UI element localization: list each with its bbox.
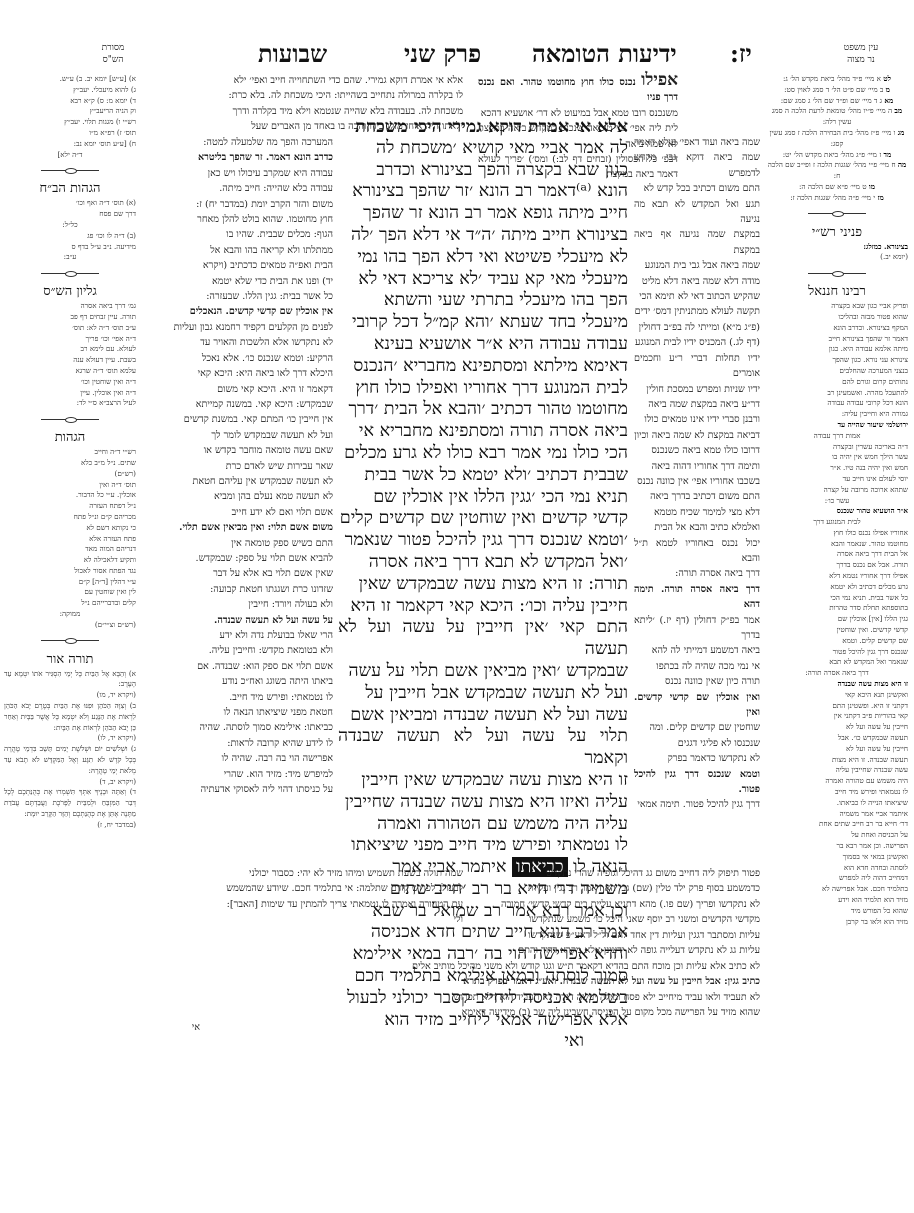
gemara-line: מיעכלי בחד שעתא ׳והא קמ״ל דכל קרובי	[338, 312, 628, 334]
ornament-divider	[4, 269, 136, 277]
tosafot-line: אמר בפ״ק דחולין (דף יז.) ׳ליתא בדרך	[634, 613, 760, 644]
entry-text: ה מיי׳ פ״יו מהל׳ טומאת לרעת הלכה ה סמג ע…	[772, 106, 892, 126]
gilyon-line: לעולא. עם לימא רב	[4, 344, 136, 355]
hagahot-line: כי נקותא דשם לא	[4, 523, 136, 534]
ornament-divider	[4, 637, 136, 645]
gilyon-line: בשבת. עיין דעולא ענה	[4, 355, 136, 366]
rashi-line: אשם תלוי אם ספק הוא: שבנדה. אם	[141, 659, 333, 674]
masoret-line: ד) יומא מ: ס) ק״א רבא	[4, 96, 136, 107]
rc-line: דר׳ חייא בר רב חייב שתים אחת	[766, 819, 908, 830]
gemara-line: דאימא מילתא ומסתפינא מחבריא ׳הנכנס	[338, 356, 628, 378]
hagahot-line: ותקיע דלאכילה לא	[4, 555, 136, 566]
rc-line: יוסי לעולם אינו חייב עד	[766, 474, 908, 485]
tosafot-bottom-full: עליות ומסתבר דגגין ועליות דין אחד להם ול…	[141, 928, 760, 1036]
rc-line: תעשה שבנדה. זו היא מצות	[766, 755, 908, 766]
gemara-line: ׳ואל המקדש לא תבא דרך ביאה אסרה	[338, 552, 628, 574]
rc-line: אחוריו אפילו נכנס כולו חוץ	[766, 528, 908, 539]
entry-mark: מב	[894, 106, 902, 115]
rashi-line: לו בקלרה במרולה נתחייב בשהייתו: היכי משכ…	[141, 88, 463, 103]
penei-rashi-text: בצינורא. כמזלג:	[863, 242, 908, 251]
rashi-line: משום והזר הקרב יומת (במדבר יח) ז:	[141, 197, 333, 212]
entry-text: ב מיי׳ שם פ״ט הל׳ ד סמג לאוין סט:	[784, 85, 883, 94]
gemara-line: הונא ⁽ᵃ⁾דאמר רב הונא ׳זר שהפך בצינורא	[338, 181, 628, 203]
rc-line: אל הבית דרך ביאה אסרה	[766, 549, 908, 560]
tosafot-line: לא תעביד ולאו עביד מיחייב ילא פסח ומילה …	[141, 990, 760, 1005]
rc-line: דמחייב דהוה ליה למפרש	[766, 873, 908, 884]
masoret-line: ח) [ע״ע תוס׳ יומא נב:	[4, 139, 136, 150]
tosafot-line: לא נתקדשו ופריך (שם פו.) מהא דתניא עליית…	[472, 897, 760, 912]
ein-mishpat-entry: מב ה מיי׳ פ״יו מהל׳ טומאת לרעת הלכה ה סמ…	[766, 106, 908, 128]
gemara-line: חייבין עליה וכו׳: היכא קאי דקאמר זו היא	[338, 596, 628, 618]
rc-line: שיציאתו הנייה לו כביאתו.	[766, 798, 908, 809]
rashi-bottom-left: שמה תולה בשעת תשמיש ומיהו מזיד לא יהי: כ…	[141, 866, 463, 928]
left-margin-column: א) [ע״ש] יומא יב. ב) ע״ש. ג) להוא מיעכלי…	[4, 74, 136, 831]
rashi-line: לבעול. לפרוש קודם שתלמה: אי בתלמיד חכם. …	[141, 881, 463, 896]
penei-rashi-title: פניני רש״י	[766, 224, 908, 242]
entry-mark: מה	[898, 160, 906, 169]
rashi-line: אין אוכלין שם קדשי קדשים. הנאכלים	[190, 306, 333, 317]
tosafot-line: התם משום דכתיב בכל קדש לא	[634, 181, 760, 196]
rashi-line: שמה תולה בשעת תשמיש ומיהו מזיד לא יהי: כ…	[141, 866, 463, 881]
rc-line: בתוספתא תחלת סדר טהרות	[766, 603, 908, 614]
rc-line: חמש ואין יהיה בנה טיו. א״ר	[766, 463, 908, 474]
tosafot-line: אי נמי מכה שהיה לה בכתפו	[634, 659, 760, 674]
rc-line: ופריק אביי כגון שבא בקצרה	[766, 301, 908, 312]
tosafot-line: וטמא שנכנס דרך גגין להיכל פטור.	[634, 769, 760, 795]
tosafot-line: (פ״ג מ״א) ומייתי לה בפ״ב דחולין	[634, 320, 760, 335]
tosafot-line: דביאה במקצת לא שמה ביאה וכיון	[634, 428, 760, 443]
rc-line: להתעכל מהרה. ואשמעינן רב	[766, 388, 908, 399]
rabbeinu-chananel-title: רבינו חננאל	[766, 283, 908, 301]
tosafot-line: בשכבו אחוריו אפי׳ אין כוונה נכנס	[634, 474, 760, 489]
entry-mark: מא	[884, 96, 893, 105]
gemara-line: מחוטמו טהור דכתיב ׳והבא אל הבית ׳דרך	[338, 399, 628, 421]
hagahot-line: לין ואין שוחטין עם	[4, 587, 136, 598]
entry-text: ט מיי׳ פ״א שם הלכה ה:	[799, 182, 867, 191]
rashi-line: שאין אשם תלוי בא אלא על דבר	[141, 566, 333, 581]
tosafot-line: שמה ביאה ועוד דאפי׳ עולא דאמר	[634, 135, 760, 150]
rc-line: לבית המנוגע דרך	[766, 517, 908, 528]
rc-line: זו היא מצות עשה שבנדה	[837, 679, 908, 688]
ein-mishpat-entry: מ ב מיי׳ שם פ״ט הל׳ ד סמג לאוין סט:	[766, 85, 908, 96]
rc-line: כל אשר בבית. תניא נמי הכי	[766, 593, 908, 604]
rashi-line: כל אשר בבית: גגין הללו. שבעזרה:	[141, 289, 333, 304]
torah-or-ref: (ויקרא יב, ד)	[4, 777, 136, 788]
entry-mark: מ	[886, 85, 890, 94]
rashi-line: המערכה והפך מה שלמעלה למטה:	[141, 135, 333, 150]
gemara-line: תלוי על עשה ועל לא תעשה שבנדה וקאמר	[338, 726, 628, 770]
tosafot-line: דר״ע ביאה במקצת שמה ביאה	[634, 397, 760, 412]
tosafot-column: שמה ביאה ועוד דאפי׳ עולא דאמר שמה ביאה ד…	[634, 135, 760, 835]
rashi-line: כדרב הונא דאמר. זר שהפך בליטרא	[198, 152, 333, 163]
tosafot-line: ואין אוכלין שם קדשי קדשים. ואין	[634, 692, 760, 718]
rc-line: המקף בצינורא. וכדרב הונא	[766, 323, 908, 334]
rashi-line: אשם תלוי ואם לא ידע חייב	[141, 505, 333, 520]
rc-line: בנצני המערכה שהחלבים	[766, 366, 908, 377]
rashi-line: ולא בעולה ויורד: חייבין	[141, 597, 333, 612]
tosafot-line: עליות ומסתבר דגגין ועליות דין אחד להם ול…	[141, 928, 760, 943]
tractate-name: שבועות	[258, 40, 327, 68]
rashi-line: יד) ופנו את הבית כדי שלא יטמא	[141, 274, 333, 289]
ein-mishpat-entry: מז י מיי׳ פ״ה מהל׳ שגגות הלכה ז:	[766, 193, 908, 204]
hagahot-title: הגהות	[4, 429, 136, 447]
rashi-line: למיפרש מיד: מזיד הוא. שהרי	[141, 767, 333, 782]
torah-or-ref: (ויקרא יד, מו)	[4, 690, 136, 701]
ein-mishpat-entry: מו ט מיי׳ פ״א שם הלכה ה:	[766, 182, 908, 193]
tosafot-lead-word: אפילו	[641, 70, 678, 90]
tosafot-line: תורה כיון שאין כוונה נכנס	[634, 674, 760, 689]
tosafot-line: ותימה דרך אחוריו דהוה ביאה	[634, 459, 760, 474]
tosafot-line: ואלמלא כתיב והבא אל הבית	[634, 520, 760, 535]
gilyon-line: ד״ה ואין אוכלין. עיין	[4, 388, 136, 399]
rc-line: שנכנס דרך גגין להיכל פטור	[766, 647, 908, 658]
rc-line: מזיד הוא תלמיד הוא וידע	[766, 895, 908, 906]
tosafot-line: כדמשמע בסוף פרק ילד טלין (שם) גבי הא דאמ…	[472, 881, 760, 896]
tosafot-line: כתיב גגין: אבל חייבין על עשה ועל לא תעשה…	[141, 974, 760, 989]
rashi-line: שבמקדש: היכא קאי. במשנה קמייתא	[141, 397, 333, 412]
rc-line: איתמר אביי אמר משמיה	[766, 809, 908, 820]
rc-line: שם קדשים קלים. וטמא	[766, 636, 908, 647]
rashi-line: התם כשיש ספק טומאה אין	[141, 536, 333, 551]
rashi-line: לו נטמאתי: ופירש מיד חייב.	[141, 690, 333, 705]
gemara-line: ׳וטמא שנכנס דרך גגין להיכל פטור שנאמר	[338, 530, 628, 552]
bach-line: (א) תוס׳ ד״ה ואף וכו׳	[4, 198, 136, 209]
rashi-line: עבודה בלא שהייה: חייב מיתה.	[141, 181, 333, 196]
gemara-line: תניא נמי הכי ׳גגין הללו אין אוכלין שם	[338, 487, 628, 509]
gemara-line: ועל לא תעשה שבמקדש אבל חייבין על	[338, 683, 628, 705]
hagahot-line: תוס׳ ד״ה ואין	[4, 480, 136, 491]
chapter-number: פרק שני	[404, 40, 481, 68]
torah-or-text: א) וְהַבָּא אֶל הַבַּיִת כָּל יְמֵי הִסְ…	[4, 669, 136, 831]
daf-number: יז:	[730, 40, 752, 68]
catchword: אי	[141, 1020, 760, 1035]
rc-line: הונא דכל קרובי עבודה עבודה	[766, 398, 908, 409]
bach-line: (ב) ד״ה לו וכו׳ פג	[4, 231, 136, 242]
rashi-line: שזדונו כרת ושגגתו חטאת קבועה:	[141, 582, 333, 597]
ein-mishpat-entry: מא ג ד מיי׳ שם ופ״ד שם הל׳ ג סמג שם:	[766, 96, 908, 107]
gemara-line: לבית המנוגע דרך אחוריו ואפילו כולו חוץ	[338, 378, 628, 400]
tosafot-line: דלא מצי למימר שכיח מטמא	[634, 505, 760, 520]
masoret-line: ג) להוא מיעכלי. יעב״ץ	[4, 85, 136, 96]
entry-text: ז מיי׳ פ״ג מהל׳ ביאת מקדש הל׳ יט:	[783, 150, 881, 159]
ornament-divider	[4, 415, 136, 423]
tosafot-line: עליות גג לא נתקדש דעלייה גופה לא ידעינן …	[141, 943, 760, 958]
rashi-line: ולי	[141, 912, 463, 927]
tosafot-line: דרך ביאה אסרה תורה:	[634, 566, 760, 581]
hagahot-line: פתח העזרה אלא	[4, 534, 136, 545]
rashi-line: לו לידע שהיא קרובה לראות:	[141, 736, 333, 751]
entry-mark: מו	[869, 182, 875, 191]
tosafot-line: דרך גגין להיכל פטור. תימה אמאי	[634, 797, 760, 812]
rc-line: עשר כו׳:	[766, 496, 908, 507]
rashi-line: אין חייבין כו׳ המתם קאי. במשנת קדשים	[141, 412, 333, 427]
gemara-line: ביאה אסרה תורה ומסתפינא מחבריא אי	[338, 421, 628, 443]
gemara-line: לא מיעכלי פשיטא ואי דלא הפך בהו נמי	[338, 247, 628, 269]
gilyon-line: לעיל הרצב״א ס״י לד:	[4, 398, 136, 409]
hashas-title: הש"ס	[88, 54, 138, 66]
entry-text: א מיי׳ פ״ד מהל׳ ביאת מקדש הל׳ ג:	[783, 74, 881, 83]
rashi-line: הגוף: מכלים שבבית. שהיו בו	[141, 227, 333, 242]
rashi-line: דקאמר זו היא. היכא קאי משום	[141, 382, 333, 397]
tosafot-line: (דף לג.) המכניס ידיו לבית המנוגע	[634, 335, 760, 350]
masoret-line: ד״ה ילא]	[4, 150, 136, 161]
rc-line: דאמר זר שהפך בצינורא חייב	[766, 334, 908, 345]
gemara-line: חייב מיתה גופא אמר רב הונא זר שהפך	[338, 203, 628, 225]
gemara-line: אלא אי אמרת דוקא גמירי היכי משכחת	[338, 116, 628, 138]
rashi-line: אלא אי אמרת דוקא גמירי. שהם כדי השתחוייה…	[141, 73, 463, 88]
bach-line: ע״ב:	[4, 252, 136, 263]
tosafot-line: יכול נכנס באחוריו לטמא ת״ל והבא	[634, 536, 760, 567]
masoret-line: וק הניה הריעב״ץ	[4, 106, 136, 117]
tosafot-line: דרובו כולו טמא ביאה כשנכנס	[634, 443, 760, 458]
tosafot-line: במקצת שמה נגיעה אף ביאה במקצת	[634, 227, 760, 258]
rashi-line: כביאתו: אילימא סמוך לוסתה. שהיה	[141, 720, 333, 735]
rashi-line: ועל לא תעשה שבמקדש לומר לך	[141, 428, 333, 443]
gemara-line: הפך בהו מיעכלי בתרתי שעי והשתא	[338, 290, 628, 312]
gemara-line: התם קאי ׳אין חייבין על עשה ועל לא תעשה	[338, 617, 628, 661]
rashi-line: להביא אשם תלוי על ספק: שבמקדש.	[141, 551, 333, 566]
hagahot-line: ע״י דהלין [ד״ה] ק״ם	[4, 577, 136, 588]
tosafot-line: שהקיש הכתוב דאי לא תימא הכי	[634, 289, 760, 304]
hagahot-line: נ״ל דפתח העזרה	[4, 501, 136, 512]
torah-or-verse: ג) וּשְׁלֹשִׁים יוֹם וּשְׁלֹשֶׁת יָמִים …	[4, 744, 136, 776]
rashi-column: המערכה והפך מה שלמעלה למטה: כדרב הונא דא…	[141, 135, 333, 835]
rc-line: דרך ביאה אסרה תורה:	[766, 668, 908, 679]
ein-mishpat-entry: מג ו מיי׳ פ״ז מהל׳ בית הבחירה הלכה ז סמג…	[766, 128, 908, 150]
gemara-line: בצינורא חייב מיתה ׳ה״ד אי דלא הפך ׳לה	[338, 225, 628, 247]
tosafot-line: לא כתיב אלא עליות וכן מוכח התם בהדיא דקא…	[141, 959, 760, 974]
rc-line: שתהא ארוכה מרובה על קצרה	[766, 485, 908, 496]
gemara-line: עליה היה משמש עם הטהורה ואמרה	[338, 814, 628, 836]
torah-or-verse: ד) וְאַתָּה וּבָנֶיךָ אִתְּךָ תִּשְׁמְרו…	[4, 787, 136, 819]
rashi-line: הרי שאלו בבועלת נדה ולא ידע	[141, 628, 333, 643]
rc-line: חייבין על עשה ועל לא	[766, 744, 908, 755]
torah-or-title: תורה אור	[4, 651, 136, 669]
hagahot-text: רש״י ד״ה וחייב שתים. נ״ל מ״ב כלא (רש״ם) …	[4, 447, 136, 631]
tosafot-line: מקדשי הקדשים ומשני רב יוסף שאני היכל כו׳…	[472, 912, 760, 927]
gilyon-hashas-text: גמ׳ דרך ביאה אסרה תורה. עיין זבחים דף פב…	[4, 301, 136, 409]
rc-line: עשה שבנדה שחייבין עליה	[766, 765, 908, 776]
torah-or-verse: א) וְהַבָּא אֶל הַבַּיִת כָּל יְמֵי הִסְ…	[4, 669, 136, 691]
rc-line: קדשי קדשים. ואין שוחטין	[766, 625, 908, 636]
rashi-line: חוץ מחוטמו. שהוא בולט להלן מאחר	[141, 212, 333, 227]
rashi-line: שאר עבירות שיש לאדם כרת	[141, 459, 333, 474]
gemara-line: הכי כולו נמי אמר רבא כולו לא גרע מכלים	[338, 443, 628, 465]
entry-mark: לט	[883, 74, 891, 83]
tosafot-line: ורבנן סברי ידיו אינו טמאים כולו	[634, 412, 760, 427]
tosafot-line: שהוא מזיד על הפרישה מכל מקום על הכניסה ח…	[141, 1005, 760, 1020]
masoret-hashas-header: מסורת הש"ס	[88, 42, 138, 66]
bach-line: מידיעה. נ״ב ע״ל בדף ס	[4, 242, 136, 253]
rc-line: ד״ה באריכה עשרין ובקצרה	[766, 442, 908, 453]
rc-line: ואקשינן במאי אי בסמוך	[766, 852, 908, 863]
masoret-hashas-text: א) [ע״ש] יומא יב. ב) ע״ש. ג) להוא מיעכלי…	[4, 74, 136, 160]
ner-mitzvah-title: נר מצוה	[816, 54, 906, 66]
rashi-line: עבודה היא שמקרב עיכולו ויש כאן	[141, 166, 333, 181]
ein-mishpat-column: לט א מיי׳ פ״ד מהל׳ ביאת מקדש הל׳ ג: מ ב …	[766, 74, 908, 1041]
hagahot-line: שתים. נ״ל מ״ב כלא	[4, 458, 136, 469]
rashi-line: הרקיע: וטמא שנכנס כו׳. אלא נאכל	[141, 351, 333, 366]
gilyon-line: ע״ב תוס׳ ד״ה לא: תוס׳	[4, 323, 136, 334]
rc-line: שהוא כל הפורש מיד	[766, 906, 908, 917]
gilyon-line: תורה. עיין זבחים דף פב	[4, 312, 136, 323]
rashi-line: לא נתקדשו אלא הלשכות והאויר עד	[141, 335, 333, 350]
rashi-line: ממתלתו ולא קריאה בהו והבא אל	[141, 243, 333, 258]
rc-line: מחוטמו טהור. שנאמר והבא	[766, 539, 908, 550]
gilyon-line: ד״ה ואין שוחטין וכו׳	[4, 377, 136, 388]
rc-line: עשר הילך חמש אין יהיה בו	[766, 452, 908, 463]
rc-line: גגין הללו [אין] אוכלין שם	[766, 614, 908, 625]
hagahot-line: (רש״ם)	[4, 469, 136, 480]
bach-line: דרך שם פסח	[4, 209, 136, 220]
rc-line: נתותים קרום וגורם להם	[766, 377, 908, 388]
entry-mark: מד	[884, 150, 892, 159]
tosafot-line: שמה ביאה דוקא גבי מקדש לדמפרש	[634, 150, 760, 181]
masoret-line: תוס׳ ז) רפ״א מ״ו	[4, 128, 136, 139]
rc-line: א״ר הושעיא טהור שנכנס	[837, 506, 908, 515]
gemara-line: שבמקדש ׳ואין מביאין אשם תלוי על עשה	[338, 661, 628, 683]
entry-mark: מג	[898, 128, 905, 137]
hagahot-line: נגד הפתח אסור לאכול	[4, 566, 136, 577]
entry-text: ג ד מיי׳ שם ופ״ד שם הל׳ ג סמג שם:	[781, 96, 882, 105]
rashi-line: ביאתו היתה בשוגג ואח״כ נודע	[141, 674, 333, 689]
ein-mishpat-header: עין משפט נר מצוה	[816, 42, 906, 66]
rc-line: מיתה אלמא עבודה היא. כגון	[766, 344, 908, 355]
hagahot-line: ממוקה:	[4, 609, 136, 620]
tosafot-line: מודה דלא שמה ביאה דלא מליט	[634, 274, 760, 289]
torah-or-ref: (ויקרא יד, לו)	[4, 733, 136, 744]
rc-line: תעשה שבמקדש כו׳. אבל	[766, 733, 908, 744]
rashi-line: חטאת מפני שיציאתו הנאה לו	[141, 705, 333, 720]
rc-line: אמות דרך עבודה	[766, 431, 908, 442]
rc-line: אפילו דרך אחוריו נטמא דלא	[766, 571, 908, 582]
masoret-line: רש״י ו) מגגות תלוי. יעב״ץ	[4, 117, 136, 128]
rc-line: לוסתה ובחדה חדא הוא	[766, 863, 908, 874]
hagahot-line: (רש״ם וצ״י״ם)	[4, 620, 136, 631]
bach-line: כל״ל:	[4, 220, 136, 231]
rc-line: שנאמר ואל המקדש לא תבא	[766, 657, 908, 668]
entry-text: ו מיי׳ פ״ז מהל׳ בית הבחירה הלכה ז סמג עש…	[770, 128, 896, 148]
hagahot-line: אוכלין. ע״י כל הדבור.	[4, 490, 136, 501]
tosafot-line: שנכנסו לא פליגי דגגים	[634, 736, 760, 751]
rc-line: גמורה היא וחייבין עליה:	[766, 409, 908, 420]
hagahot-line: קלים ובדברייהם נ״ל	[4, 598, 136, 609]
gemara-line: קדשי קדשים ואין שוחטין שם קדשים קלים	[338, 508, 628, 530]
tosafot-line: פטור תיפוק ליה דחייב משום גג דהיכל וגופי…	[472, 866, 760, 881]
rc-line: ואקשינן תנא היכא קאי	[766, 690, 908, 701]
tosafot-line: תגע ואל המקדש לא תבא מה נגיעה	[634, 197, 760, 228]
hagahot-habach-text: (א) תוס׳ ד״ה ואף וכו׳ דרך שם פסח כל״ל: (…	[4, 198, 136, 263]
ein-mishpat-title: עין משפט	[816, 42, 906, 54]
entry-text: י מיי׳ פ״ה מהל׳ שגגות הלכה ז:	[790, 193, 875, 202]
rashi-line: שאם עשה טומאה מוחבר בקדש או	[141, 443, 333, 458]
tosafot-line: התם משום דכתיב בדרך ביאה	[634, 489, 760, 504]
torah-or-ref: (במדבר יח, ז)	[4, 820, 136, 831]
rc-line: הפרישה. וכן אמר רבא בר	[766, 841, 908, 852]
gilyon-line: ד״ה אפי׳ וכו׳ פריך	[4, 334, 136, 345]
rashi-line: היכלא דרך לאו ביאה היא: היכא קאי	[141, 366, 333, 381]
gemara-line: מיעכלי מאי קא עביד ׳לא צריכא דאי לא	[338, 269, 628, 291]
gemara-line: עשה ועל לא תעשה שבנדה ומביאין אשם	[338, 705, 628, 727]
rc-line: שהוא פטור מבזה ובהליכו	[766, 312, 908, 323]
gilyon-line: גמ׳ דרך ביאה אסרה	[4, 301, 136, 312]
rashi-line: ולא בטומאת מקדש: וחייבין עליה.	[141, 643, 333, 658]
rashi-line: משום אשם תלוי: ואין מביאין אשם תלוי.	[179, 522, 333, 533]
rc-line: דקתני זו היא. ופשטינן התם	[766, 701, 908, 712]
gilyon-hashas-title: גליון הש״ס	[4, 283, 136, 301]
rc-line: לו נטמאתי ופירש מיד חייב	[766, 787, 908, 798]
tosafot-line: לא נתקדשו כדאמר בפרק	[634, 751, 760, 766]
rc-line: חייבין על עשה ועל לא	[766, 722, 908, 733]
tosafot-line: ביאה דמשמע דמייתי לה להא	[634, 643, 760, 658]
gemara-line: שבבית דכתיב ׳ולא יטמא כל אשר בבית	[338, 465, 628, 487]
rc-line: היה משמש עם טהורה ואמרה	[766, 776, 908, 787]
rc-line: תורה. אבל אם נכנס בדרך	[766, 560, 908, 571]
rc-line: בתלמיד חכם. אבל אפרישה לא	[766, 884, 908, 895]
rc-line: צינורא עני נורא. כגון שהפך	[766, 355, 908, 366]
rc-line: על הכניסה ואחת על	[766, 830, 908, 841]
gemara-line: תורה: זו היא מצות עשה שבמקדש שאין	[338, 574, 628, 596]
rc-line: קאי בהוריות פ״ב דקתני אין	[766, 711, 908, 722]
rashi-line: על כניסתו דהוי ליה לאסוקי אדעתיה	[141, 782, 333, 797]
rc-line: גרע מכלים דכתיב ולא יטמא	[766, 582, 908, 593]
torah-or-verse: ב) וְצִוָּה הַכֹּהֵן וּפִנּוּ אֶת הַבַּי…	[4, 701, 136, 733]
tosafot-line: ידיו שניות ומפרש במסכת חולין	[634, 382, 760, 397]
rc-line: ירושלמי שיעור שהייה עד	[838, 420, 908, 429]
rashi-line: עם הטהורה ואמרה לו נטמאתי צריך להמתין עד…	[141, 897, 463, 912]
ornament-divider	[4, 166, 136, 174]
rashi-line: על עשה ועל לא תעשה שבנדה.	[214, 615, 333, 626]
rashi-line: לא תעשה טמא נעלם בהן ומביא	[141, 489, 333, 504]
gemara-line: כגון שבא בקצרה והפך בצינורא וכדרב	[338, 160, 628, 182]
gemara-line: עבודה עבודה היא א״ר אושעיא בעינא	[338, 334, 628, 356]
rc-line: מזיד הוא ולאו בר קרבן	[766, 917, 908, 928]
gemara-line: עליה ואיזו היא מצות עשה שבנדה שחייבין	[338, 792, 628, 814]
tosafot-line: דרך ביאה אסרה תורה. תימה דהא	[634, 584, 760, 610]
hagahot-line: דנריהם המוה מאד	[4, 544, 136, 555]
tosafot-line: שמה ביאה אבל גבי בית המנוגע	[634, 258, 760, 273]
ein-mishpat-entry: מד ז מיי׳ פ״ג מהל׳ ביאת מקדש הל׳ יט:	[766, 150, 908, 161]
rashi-line: לא תעשה שבמקדש אין עליהם חטאת	[141, 474, 333, 489]
rabbeinu-chananel-text: ופריק אביי כגון שבא בקצרה שהוא פטור מבזה…	[766, 301, 908, 1041]
tosafot-line: שוחטין שם קדשים קלים. ומה	[634, 720, 760, 735]
tosafot-line: תקשה לעולא ממתניתין דמס׳ ידים	[634, 304, 760, 319]
gemara-line: לו נטמאתי ופירש מיד חייב מפני שיציאתו	[338, 835, 628, 857]
tosafot-line: ידיו תחלות דברי ר״ע וחכמים אומרים	[634, 351, 760, 382]
rashi-line: אפרישה הוי בה רבה. שהיה לו	[141, 751, 333, 766]
chapter-name: ידיעות הטומאה	[532, 40, 677, 68]
ornament-divider	[766, 269, 908, 277]
ein-mishpat-entry: מה ח מיי׳ פ״י מהל׳ שגגות הלכה ז ופי״ב שם…	[766, 160, 908, 182]
hagahot-habach-title: הגהות הב״ח	[4, 180, 136, 198]
ein-mishpat-entry: לט א מיי׳ פ״ד מהל׳ ביאת מקדש הל׳ ג:	[766, 74, 908, 85]
ornament-divider	[766, 210, 908, 218]
hagahot-line: מכריהם ק״ם ונ״ל פתח	[4, 512, 136, 523]
gemara-line: לה אמר אביי מאי קושיא ׳משכחת לה	[338, 138, 628, 160]
gilyon-line: עלמא תוס׳ ד״ה שרגא	[4, 366, 136, 377]
entry-mark: מז	[878, 193, 884, 202]
masoret-line: א) [ע״ש] יומא יב. ב) ע״ש.	[4, 74, 136, 85]
rashi-line: לפנים מן הקלעים דקפיד רחמנא גבון ועליות	[141, 320, 333, 335]
gemara-line: זו היא מצות עשה שבמקדש שאין חייבין	[338, 770, 628, 792]
rashi-line: הבית ואפ״ה טמאים כדכתיב (ויקרא	[141, 258, 333, 273]
entry-text: ח מיי׳ פ״י מהל׳ שגגות הלכה ז ופי״ב שם הל…	[768, 160, 896, 180]
penei-rashi-ref: (יומא יב.)	[766, 252, 908, 263]
hagahot-line: רש״י ד״ה וחייב	[4, 447, 136, 458]
tosafot-bottom-right: פטור תיפוק ליה דחייב משום גג דהיכל וגופי…	[472, 866, 760, 928]
masoret-title: מסורת	[88, 42, 138, 54]
